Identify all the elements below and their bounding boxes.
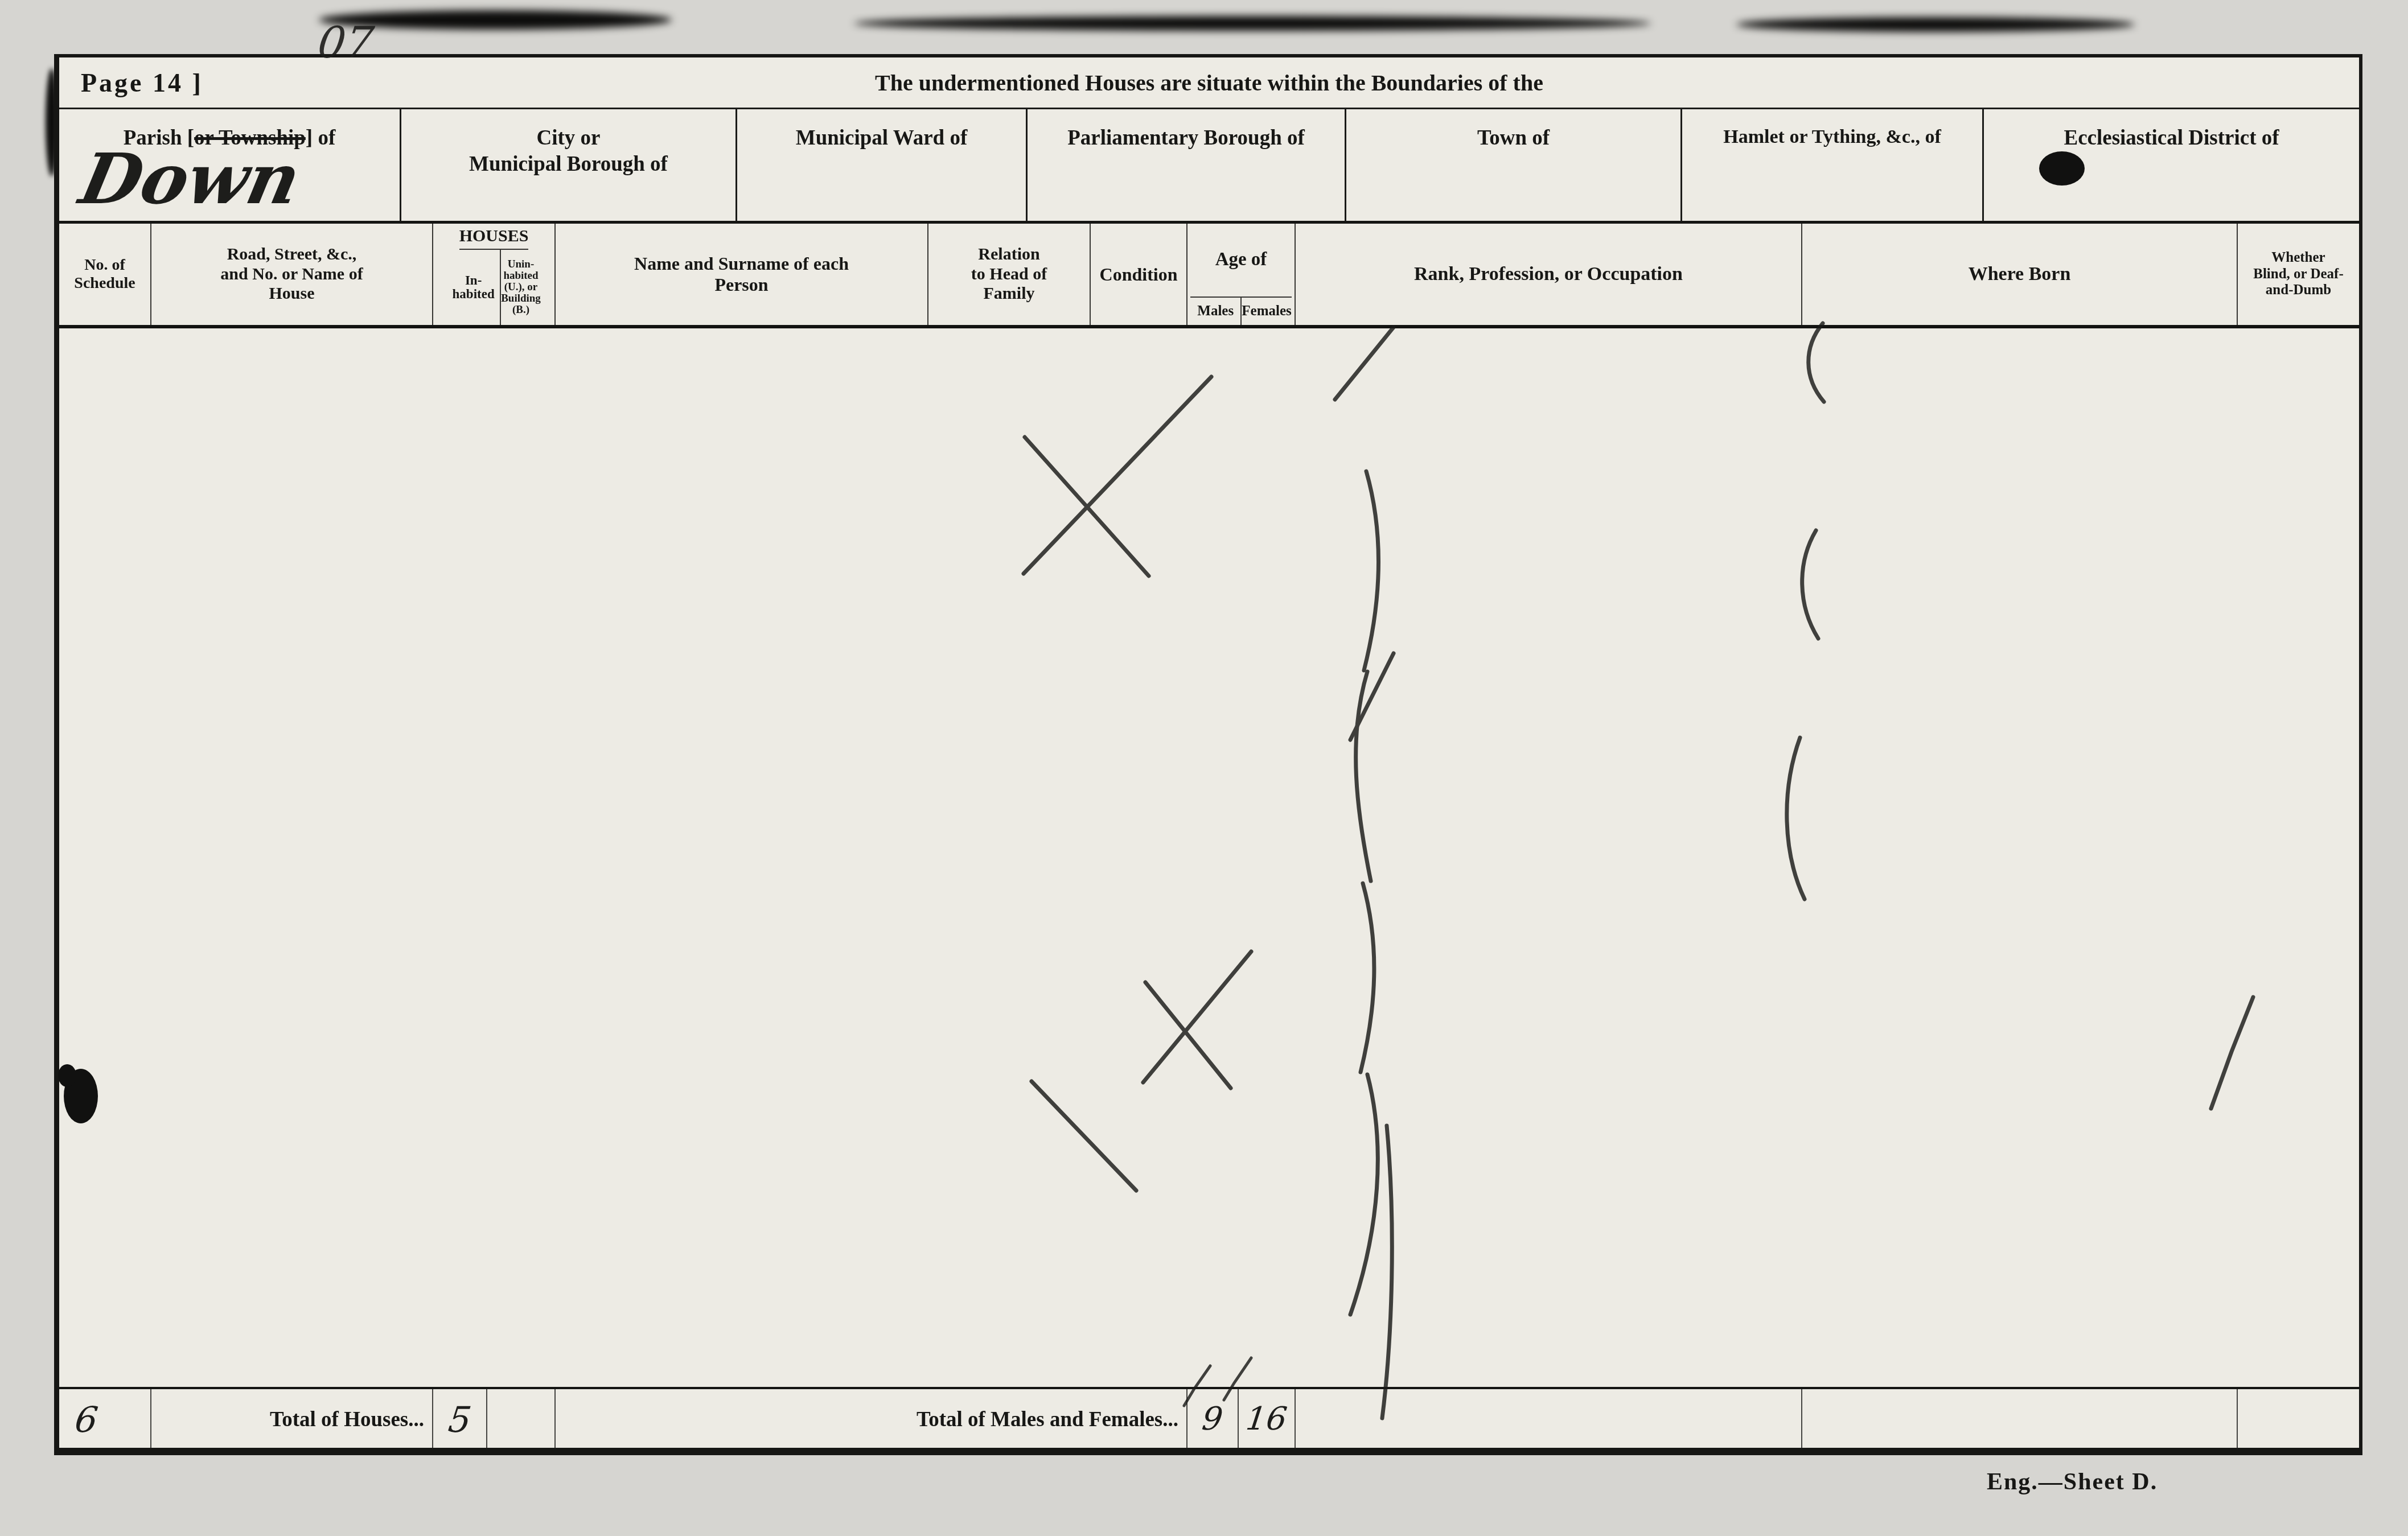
pen-mark: 07 xyxy=(316,23,376,62)
census-scan: Page 14 ] The undermentioned Houses are … xyxy=(0,0,2408,1536)
col-houses: HOUSES xyxy=(459,224,529,250)
col-born: Where Born xyxy=(1801,224,2237,325)
ward-field: Municipal Ward of xyxy=(735,109,1026,221)
totals-schedule-mark: 6 xyxy=(59,1389,150,1450)
col-relation: Relation to Head of Family xyxy=(927,224,1090,325)
totals-spacer xyxy=(2237,1389,2359,1450)
totals-houses-label: Total of Houses... xyxy=(150,1389,432,1450)
totals-houses-value: 5 xyxy=(432,1389,486,1450)
district-header-band: Parish [or Township] of Down City or Mun… xyxy=(59,109,2359,224)
scan-smudge xyxy=(854,16,1651,31)
scan-smudge xyxy=(1736,17,2135,32)
borough-field: City or Municipal Borough of xyxy=(400,109,735,221)
totals-spacer xyxy=(1295,1389,1801,1450)
col-rank: Rank, Profession, or Occupation xyxy=(1295,224,1801,325)
col-age-of: Age of xyxy=(1215,224,1267,297)
totals-row: 6 Total of Houses... 5 Total of Males an… xyxy=(59,1387,2359,1450)
parish-value: Down xyxy=(75,148,305,211)
top-strip: Page 14 ] The undermentioned Houses are … xyxy=(59,57,2359,109)
totals-females-value: 16 xyxy=(1238,1389,1295,1450)
col-houses-group: HOUSES In- habited Unin- habited (U.), o… xyxy=(432,224,554,325)
column-headers: No. of Schedule Road, Street, &c., and N… xyxy=(59,224,2359,328)
sheet-frame: Page 14 ] The undermentioned Houses are … xyxy=(54,54,2362,1455)
ecclesiastical-field: Ecclesiastical District of xyxy=(1982,109,2359,221)
parish-field: Parish [or Township] of Down xyxy=(59,109,400,221)
col-males: Males xyxy=(1190,298,1240,325)
col-condition: Condition xyxy=(1090,224,1186,325)
col-road: Road, Street, &c., and No. or Name of Ho… xyxy=(150,224,432,325)
col-blind: Whether Blind, or Deaf- and-Dumb xyxy=(2237,224,2359,325)
totals-spacer xyxy=(1801,1389,2237,1450)
col-name: Name and Surname of each Person xyxy=(554,224,927,325)
hamlet-field: Hamlet or Tything, &c., of xyxy=(1680,109,1982,221)
col-uninhabited: Unin- habited (U.), or Building (B.) xyxy=(500,250,541,325)
col-females: Females xyxy=(1240,298,1291,325)
totals-spacer xyxy=(486,1389,554,1450)
col-age-group: Age of Males Females xyxy=(1186,224,1295,325)
col-inhabited: In- habited xyxy=(447,250,500,325)
sheet-title: The undermentioned Houses are situate wi… xyxy=(59,69,2359,96)
town-field: Town of xyxy=(1345,109,1680,221)
parliamentary-field: Parliamentary Borough of xyxy=(1026,109,1345,221)
totals-males-value: 9 xyxy=(1186,1389,1238,1450)
col-schedule: No. of Schedule xyxy=(59,224,150,325)
sheet-designation: Eng.—Sheet D. xyxy=(1987,1468,2158,1496)
totals-males-females-label: Total of Males and Females... xyxy=(554,1389,1186,1450)
